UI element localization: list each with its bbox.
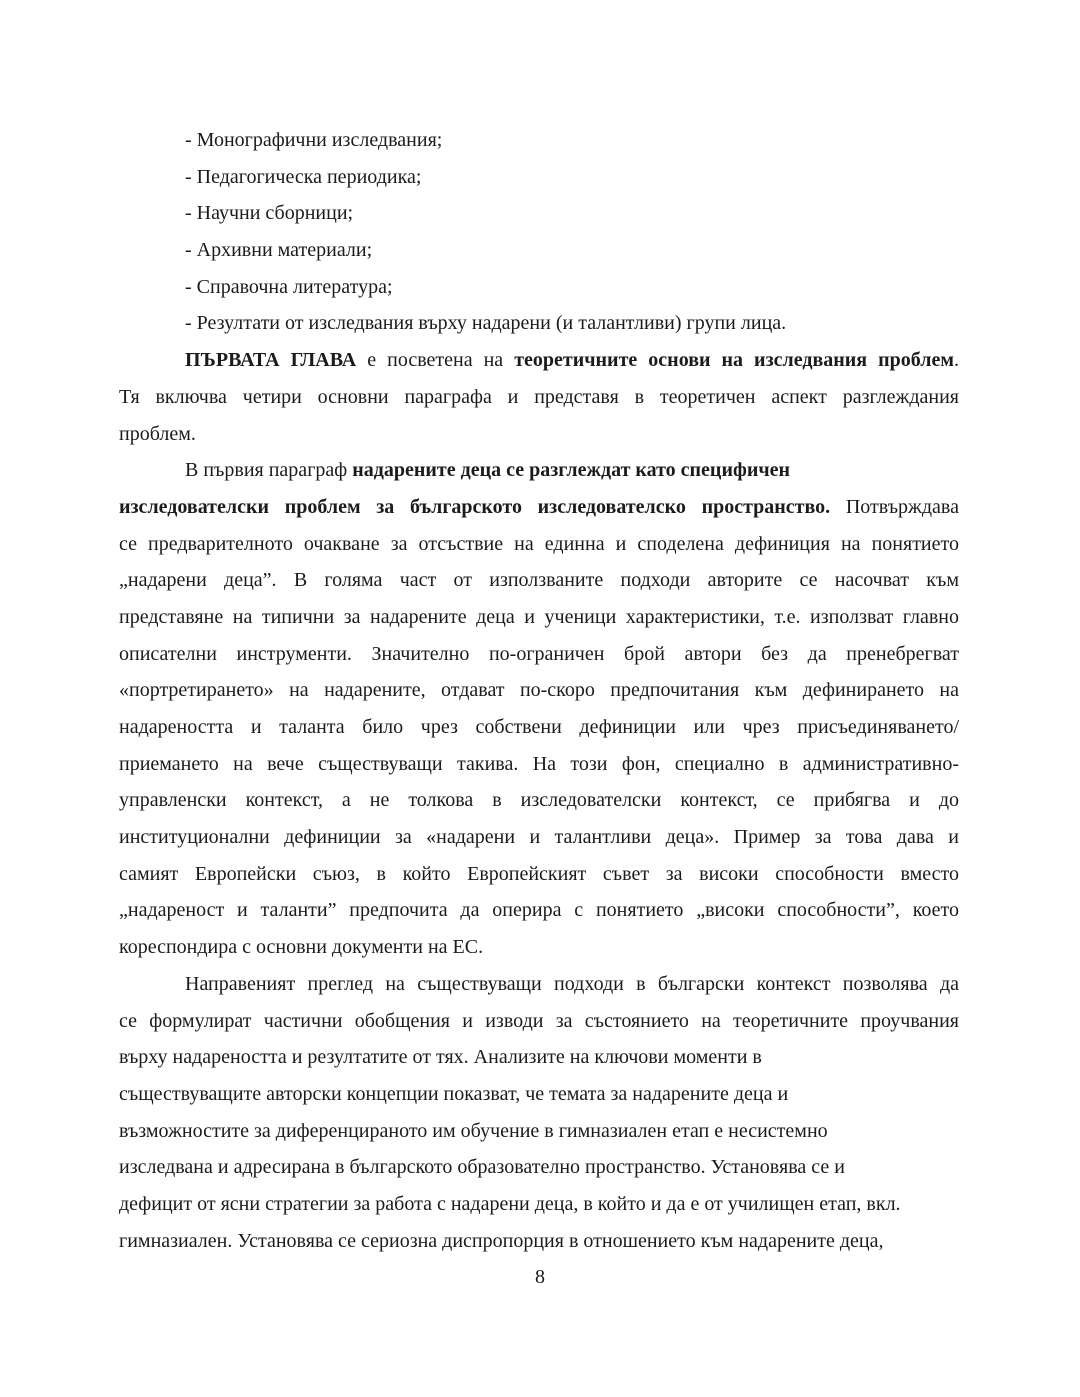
paragraph-line: изследователски проблем за българското и… — [119, 489, 959, 526]
paragraph-line: възможностите за диференцираното им обуч… — [119, 1113, 959, 1150]
paragraph-line: самият Европейски съюз, в който Европейс… — [119, 856, 959, 893]
paragraph-line: кореспондира с основни документи на ЕС. — [119, 929, 959, 966]
paragraph-line: изследвана и адресирана в българското об… — [119, 1149, 959, 1186]
paragraph-line: съществуващите авторски концепции показв… — [119, 1076, 959, 1113]
page-number: 8 — [0, 1262, 1080, 1292]
emphasis-text: изследователски проблем за българското и… — [119, 496, 830, 518]
paragraph-line: надареността и таланта било чрез собстве… — [119, 709, 959, 746]
paragraph-line: се формулират частични обобщения и извод… — [119, 1003, 959, 1040]
list-item: - Научни сборници; — [119, 195, 959, 232]
text-segment: В първия параграф — [185, 459, 352, 481]
paragraph-line: ПЪРВАТА ГЛАВА е посветена на теоретичнит… — [119, 342, 959, 379]
paragraph-line: институционални дефиниции за «надарени и… — [119, 819, 959, 856]
paragraph-line: описателни инструменти. Значително по-ог… — [119, 636, 959, 673]
paragraph-line: управленски контекст, а не толкова в изс… — [119, 782, 959, 819]
paragraph-line: дефицит от ясни стратегии за работа с на… — [119, 1186, 959, 1223]
paragraph-line: представяне на типични за надарените дец… — [119, 599, 959, 636]
paragraph-line: «портретирането» на надарените, отдават … — [119, 672, 959, 709]
emphasis-text: надарените деца се разглеждат като специ… — [352, 459, 790, 481]
text-segment: е посветена на — [356, 349, 514, 371]
list-item: - Архивни материали; — [119, 232, 959, 269]
paragraph-line: „надарени деца”. В голяма част от използ… — [119, 562, 959, 599]
paragraph-line: проблем. — [119, 416, 959, 453]
text-segment: . — [954, 349, 959, 371]
paragraph-line: Направеният преглед на съществуващи подх… — [119, 966, 959, 1003]
list-item: - Резултати от изследвания върху надарен… — [119, 305, 959, 342]
document-page: - Монографични изследвания; - Педагогиче… — [0, 0, 1080, 1397]
paragraph-line: В първия параграф надарените деца се раз… — [119, 452, 959, 489]
paragraph-line: Тя включва четири основни параграфа и пр… — [119, 379, 959, 416]
list-item: - Справочна литература; — [119, 269, 959, 306]
paragraph-line: гимназиален. Установява се сериозна дисп… — [119, 1223, 959, 1260]
document-body: - Монографични изследвания; - Педагогиче… — [119, 122, 959, 1259]
list-item: - Монографични изследвания; — [119, 122, 959, 159]
paragraph-line: „надареност и таланти” предпочита да опе… — [119, 892, 959, 929]
paragraph-line: се предварителното очакване за отсъствие… — [119, 526, 959, 563]
emphasis-text: теоретичните основи на изследвания пробл… — [514, 349, 954, 371]
paragraph-line: върху надареността и резултатите от тях.… — [119, 1039, 959, 1076]
chapter-heading: ПЪРВАТА ГЛАВА — [185, 349, 356, 371]
text-segment: Потвърждава — [830, 496, 959, 518]
list-item: - Педагогическа периодика; — [119, 159, 959, 196]
paragraph-line: приемането на вече съществуващи такива. … — [119, 746, 959, 783]
